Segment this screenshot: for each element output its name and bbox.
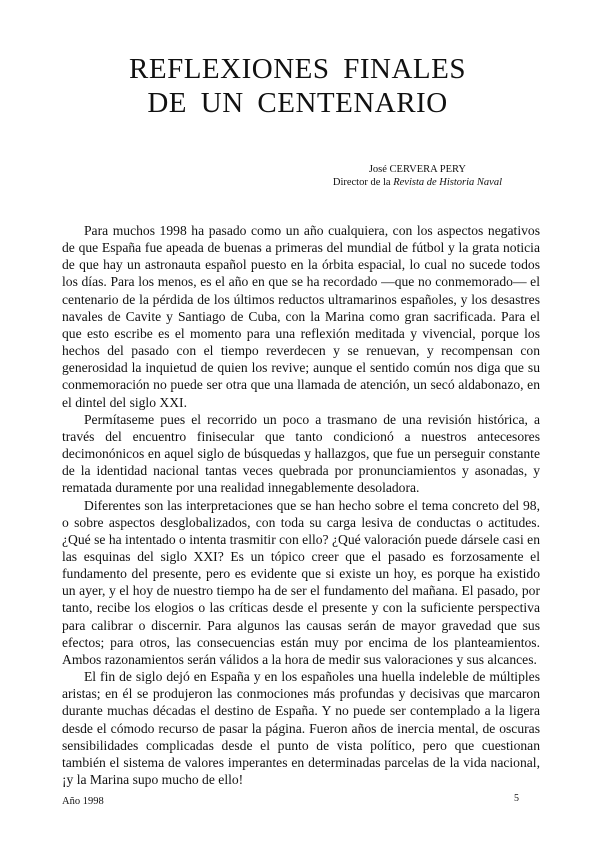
article-body: Para muchos 1998 ha pasado como un año c… xyxy=(62,222,540,788)
author-name: José CERVERA PERY xyxy=(333,163,502,176)
author-role: Director de la Revista de Historia Naval xyxy=(333,176,502,189)
footer-year: Año 1998 xyxy=(62,796,104,807)
paragraph-1: Para muchos 1998 ha pasado como un año c… xyxy=(62,222,540,411)
paragraph-4: El fin de siglo dejó en España y en los … xyxy=(62,668,540,788)
article-title: REFLEXIONES FINALES DE UN CENTENARIO xyxy=(0,52,595,120)
page-number: 5 xyxy=(514,793,519,804)
paragraph-3: Diferentes son las interpretaciones que … xyxy=(62,497,540,669)
author-role-prefix: Director de la xyxy=(333,177,393,188)
publication-name: Revista de Historia Naval xyxy=(393,177,502,188)
paragraph-2: Permítaseme pues el recorrido un poco a … xyxy=(62,411,540,497)
title-line-2: DE UN CENTENARIO xyxy=(0,86,595,120)
title-line-1: REFLEXIONES FINALES xyxy=(0,52,595,86)
byline: José CERVERA PERY Director de la Revista… xyxy=(333,163,502,189)
